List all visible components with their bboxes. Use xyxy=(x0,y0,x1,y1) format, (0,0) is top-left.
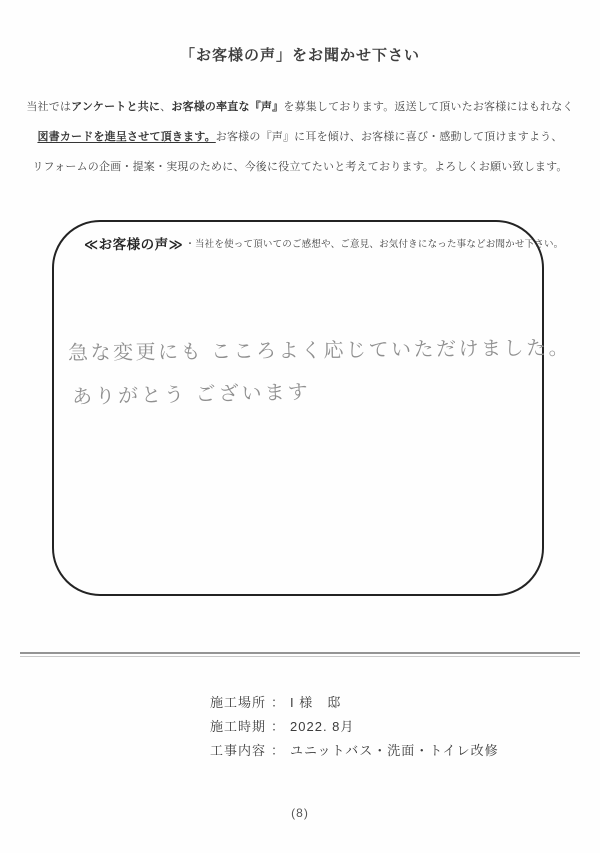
detail-separator: ： xyxy=(271,691,285,715)
detail-value: ユニットバス・洗面・トイレ改修 xyxy=(290,739,499,763)
intro-text: を募集しております。返送して頂いたお客様にはもれなく xyxy=(283,101,573,113)
handwritten-feedback-line-1: 急な変更にも こころよく応じていただけました。 xyxy=(68,331,571,365)
intro-paragraph: 当社ではアンケートと共に、お客様の率直な『声』を募集しております。返送して頂いた… xyxy=(10,92,590,182)
intro-line-2: 図書カードを進呈させて頂きます。お客様の『声』に耳を傾け、お客様に喜び・感動して… xyxy=(10,122,590,152)
intro-text-bold: お客様の率直な『声』 xyxy=(171,101,283,113)
intro-text-bold-underline: 図書カードを進呈させて頂きます。 xyxy=(37,131,215,143)
horizontal-divider xyxy=(20,652,580,657)
detail-label: 工事内容 xyxy=(210,739,266,763)
scanned-document-page: 「お客様の声」をお聞かせ下さい 当社ではアンケートと共に、お客様の率直な『声』を… xyxy=(0,0,600,853)
construction-details: 施工場所 ： I 様 邸 施工時期 ： 2022. 8月 工事内容 ： ユニット… xyxy=(210,691,499,763)
detail-value: 2022. 8月 xyxy=(290,715,354,739)
detail-row-work: 工事内容 ： ユニットバス・洗面・トイレ改修 xyxy=(210,739,499,763)
customer-voice-box: ≪お客様の声≫ ・当社を使って頂いてのご感想や、ご意見、お気付きになった事などお… xyxy=(52,220,544,596)
page-number: (8) xyxy=(0,806,600,820)
detail-row-period: 施工時期 ： 2022. 8月 xyxy=(210,715,499,739)
customer-voice-heading: ≪お客様の声≫ xyxy=(84,233,183,253)
intro-text: お客様の『声』に耳を傾け、お客様に喜び・感動して頂けますよう、 xyxy=(216,131,563,143)
intro-text: リフォームの企画・提案・実現のために、今後に役立てたいと考えております。よろしく… xyxy=(32,161,567,173)
intro-text: 当社では xyxy=(26,101,71,113)
customer-voice-note: ・当社を使って頂いてのご感想や、ご意見、お気付きになった事などお聞かせ下さい。 xyxy=(185,236,563,250)
customer-voice-box-header: ≪お客様の声≫ ・当社を使って頂いてのご感想や、ご意見、お気付きになった事などお… xyxy=(84,233,563,253)
intro-line-1: 当社ではアンケートと共に、お客様の率直な『声』を募集しております。返送して頂いた… xyxy=(10,92,590,122)
detail-label: 施工場所 xyxy=(210,691,266,715)
intro-text-bold: アンケートと共に xyxy=(71,101,160,113)
intro-line-3: リフォームの企画・提案・実現のために、今後に役立てたいと考えております。よろしく… xyxy=(10,152,590,182)
handwritten-feedback-line-2: ありがとう ございます xyxy=(72,376,311,410)
detail-row-location: 施工場所 ： I 様 邸 xyxy=(210,691,499,715)
detail-value: I 様 邸 xyxy=(290,691,341,715)
intro-text: 、 xyxy=(160,101,171,113)
detail-separator: ： xyxy=(271,739,285,763)
page-title: 「お客様の声」をお聞かせ下さい xyxy=(0,44,600,65)
detail-separator: ： xyxy=(271,715,285,739)
detail-label: 施工時期 xyxy=(210,715,266,739)
